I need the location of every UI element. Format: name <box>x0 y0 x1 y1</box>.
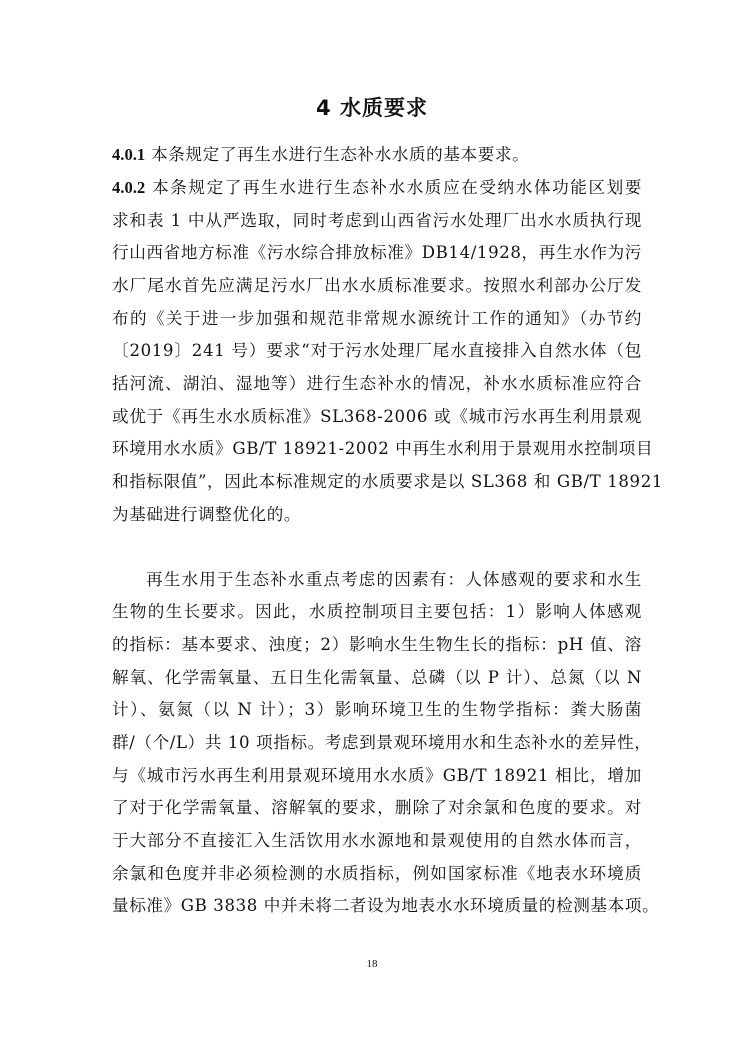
text-line: 群/（个/L）共 10 项指标。考虑到景观环境用水和生态补水的差异性， <box>112 732 642 754</box>
text-line: 括河流、湖泊、湿地等）进行生态补水的情况，补水水质标准应符合 <box>112 373 642 395</box>
clause-4-0-1: 4.0.1 本条规定了再生水进行生态补水水质的基本要求。 <box>112 144 642 166</box>
clause-number: 4.0.1 <box>112 145 145 164</box>
clause-4-0-2: 4.0.2 本条规定了再生水进行生态补水水质应在受纳水体功能区划要 <box>112 177 642 199</box>
text-line: 行山西省地方标准《污水综合排放标准》DB14/1928，再生水作为污 <box>112 242 642 264</box>
text-line: 计）、氨氮（以 N 计）；3）影响环境卫生的生物学指标：粪大肠菌 <box>112 699 642 721</box>
section-title: 4 水质要求 <box>0 92 744 122</box>
text-line: 量标准》GB 3838 中并未将二者设为地表水水环境质量的检测基本项。 <box>112 895 642 917</box>
text-line: 了对于化学需氧量、溶解氧的要求，删除了对余氯和色度的要求。对 <box>112 797 642 819</box>
text-line: 〔2019〕241 号）要求“对于污水处理厂尾水直接排入自然水体（包 <box>112 340 642 362</box>
text-line: 水厂尾水首先应满足污水厂出水水质标准要求。按照水利部办公厅发 <box>112 275 642 297</box>
text-line: 生物的生长要求。因此，水质控制项目主要包括：1）影响人体感观 <box>112 601 642 623</box>
text-line: 或优于《再生水水质标准》SL368-2006 或《城市污水再生利用景观 <box>112 406 642 428</box>
text-line: 于大部分不直接汇入生活饮用水水源地和景观使用的自然水体而言， <box>112 830 642 852</box>
clause-text: 本条规定了再生水进行生态补水水质的基本要求。 <box>151 145 529 164</box>
document-page: 4 水质要求 4.0.1 本条规定了再生水进行生态补水水质的基本要求。 4.0.… <box>0 0 744 1052</box>
clause-number: 4.0.2 <box>112 178 145 197</box>
clause-text: 本条规定了再生水进行生态补水水质应在受纳水体功能区划要 <box>152 178 642 197</box>
text-line: 求和表 1 中从严选取，同时考虑到山西省污水处理厂出水水质执行现 <box>112 210 642 232</box>
text-line: 和指标限值”，因此本标准规定的水质要求是以 SL368 和 GB/T 18921 <box>112 471 642 493</box>
text-line: 解氧、化学需氧量、五日生化需氧量、总磷（以 P 计）、总氮（以 N <box>112 667 642 689</box>
text-line: 余氯和色度并非必须检测的水质指标，例如国家标准《地表水环境质 <box>112 863 642 885</box>
text-line: 环境用水水质》GB/T 18921-2002 中再生水利用于景观用水控制项目 <box>112 438 642 460</box>
text-line: 的指标：基本要求、浊度；2）影响水生生物生长的指标：pH 值、溶 <box>112 634 642 656</box>
text-line: 为基础进行调整优化的。 <box>112 504 642 526</box>
paragraph-first-line: 再生水用于生态补水重点考虑的因素有：人体感观的要求和水生 <box>146 569 642 591</box>
text-line: 布的《关于进一步加强和规范非常规水源统计工作的通知》（办节约 <box>112 308 642 330</box>
text-line: 与《城市污水再生利用景观环境用水水质》GB/T 18921 相比，增加 <box>112 765 642 787</box>
page-number: 18 <box>0 958 744 970</box>
